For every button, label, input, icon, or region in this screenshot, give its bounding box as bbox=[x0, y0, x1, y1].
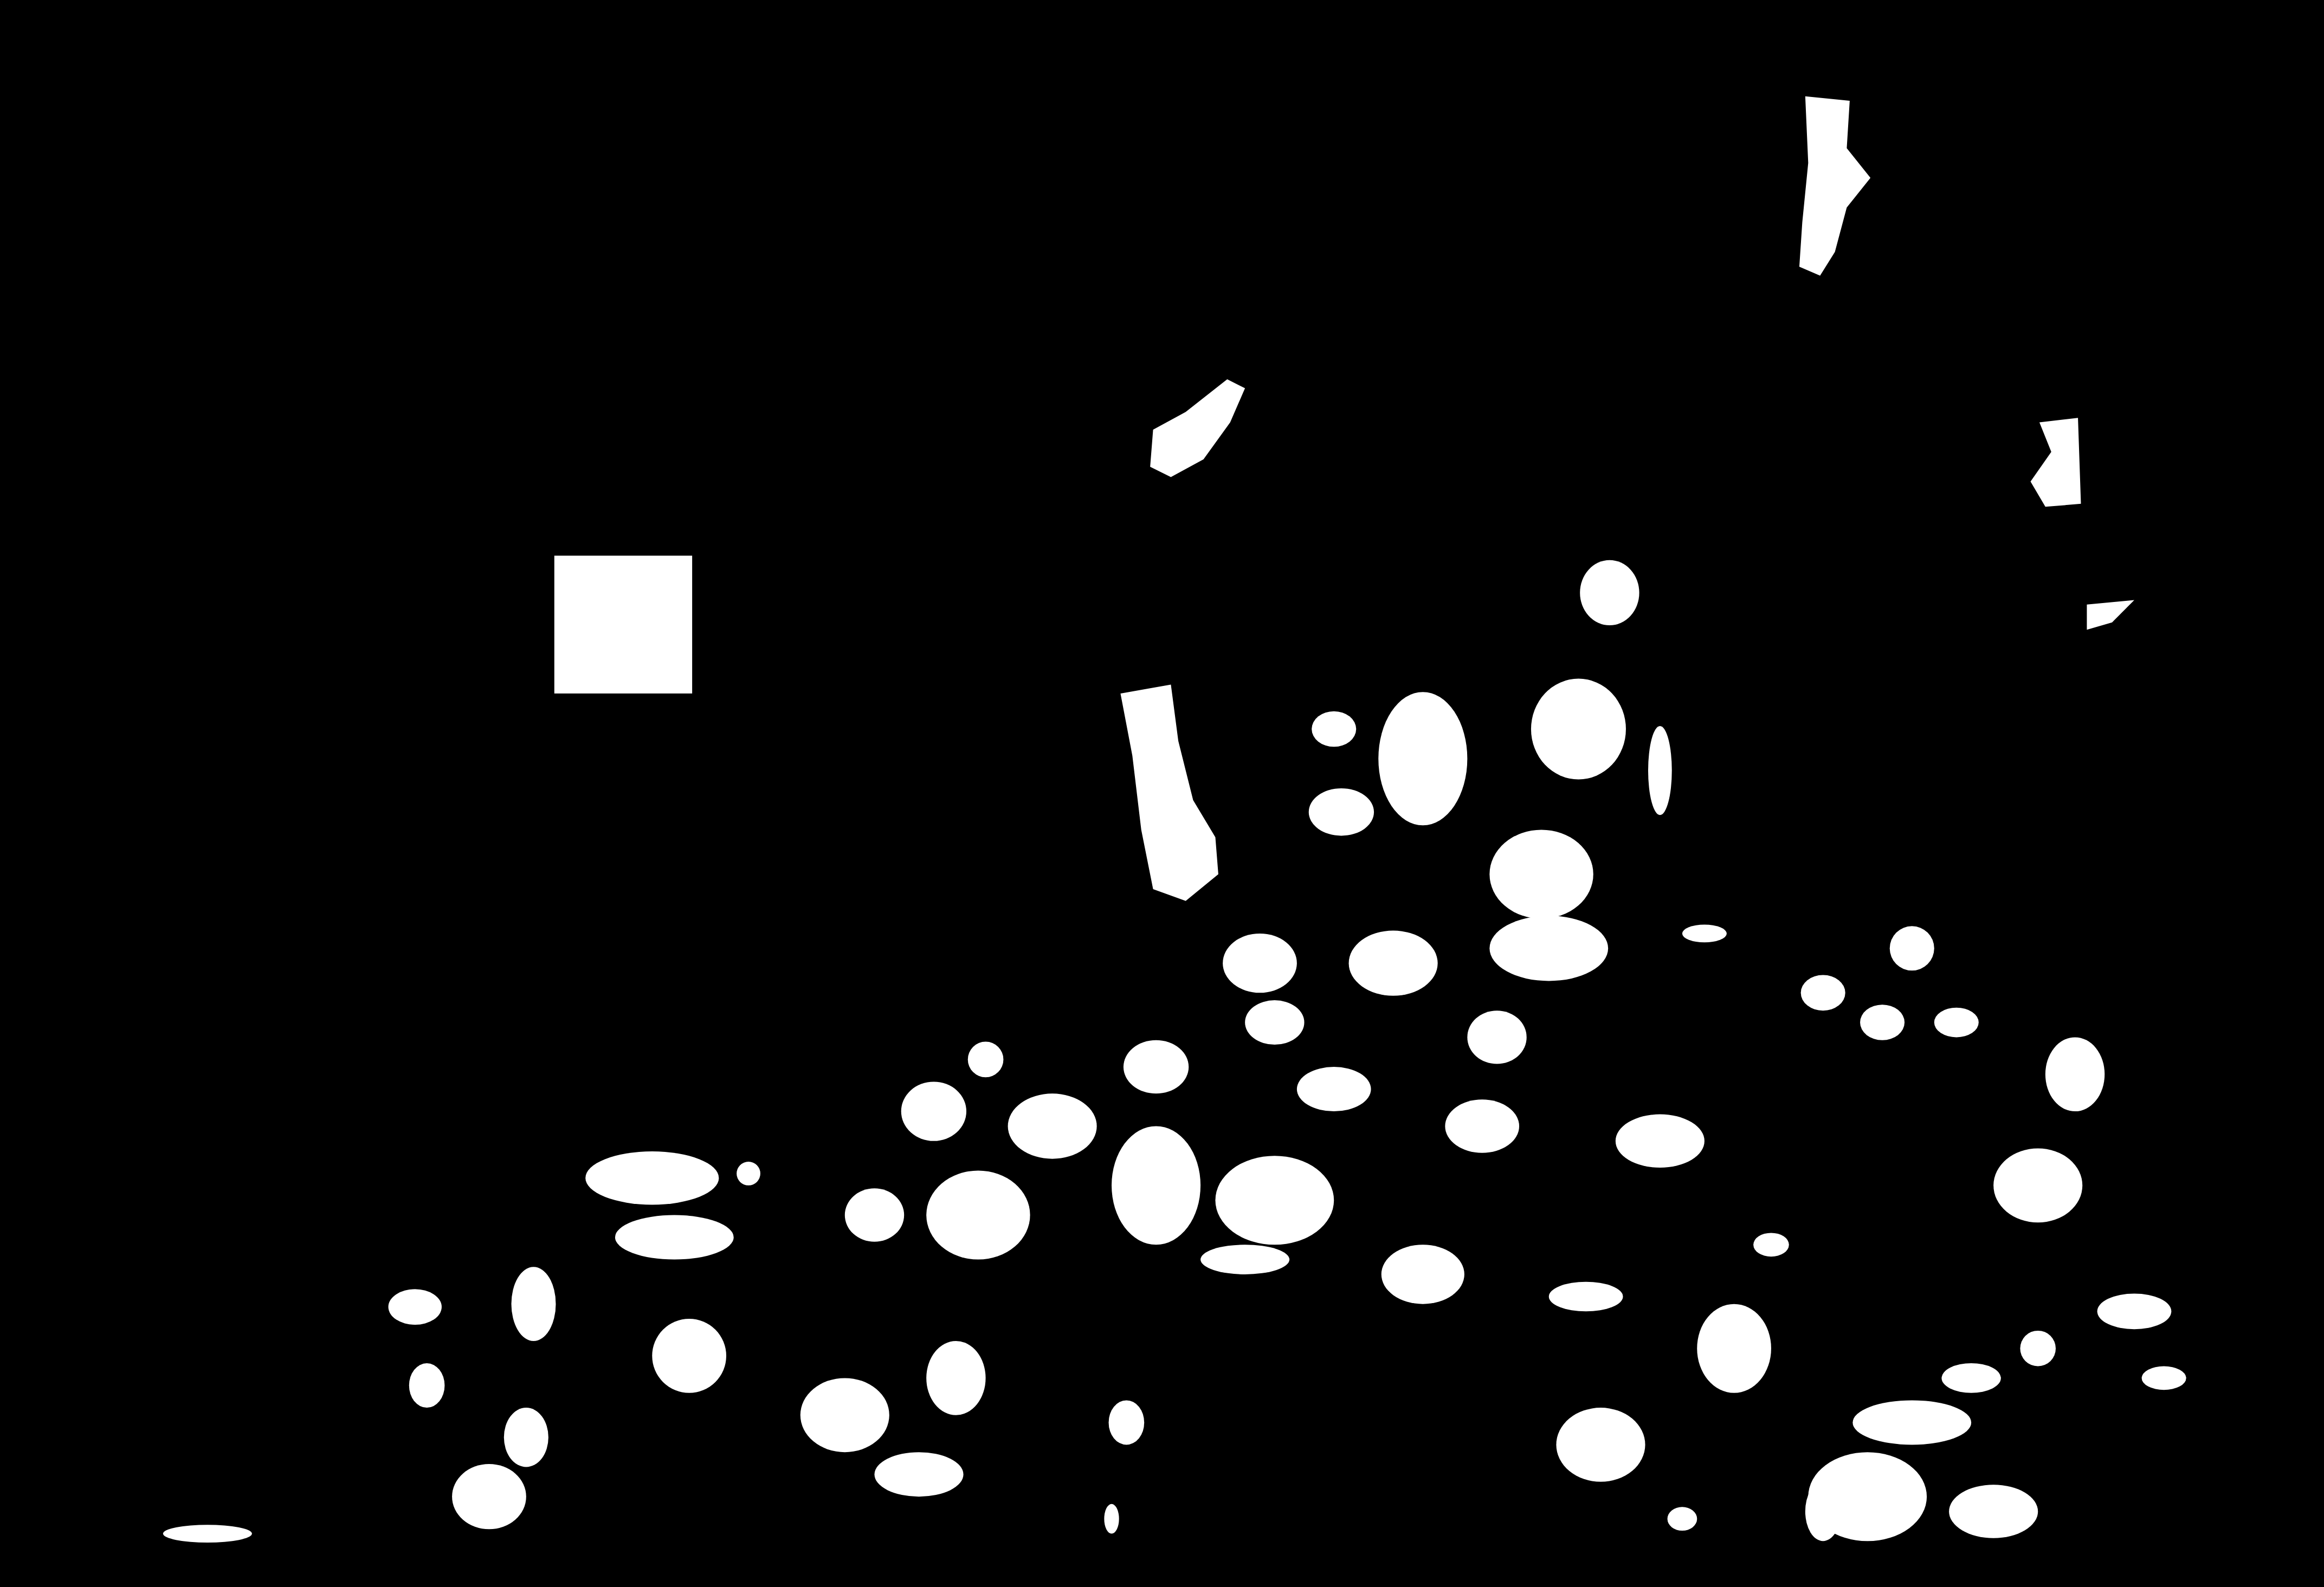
segmentation-mask bbox=[0, 0, 2324, 1587]
